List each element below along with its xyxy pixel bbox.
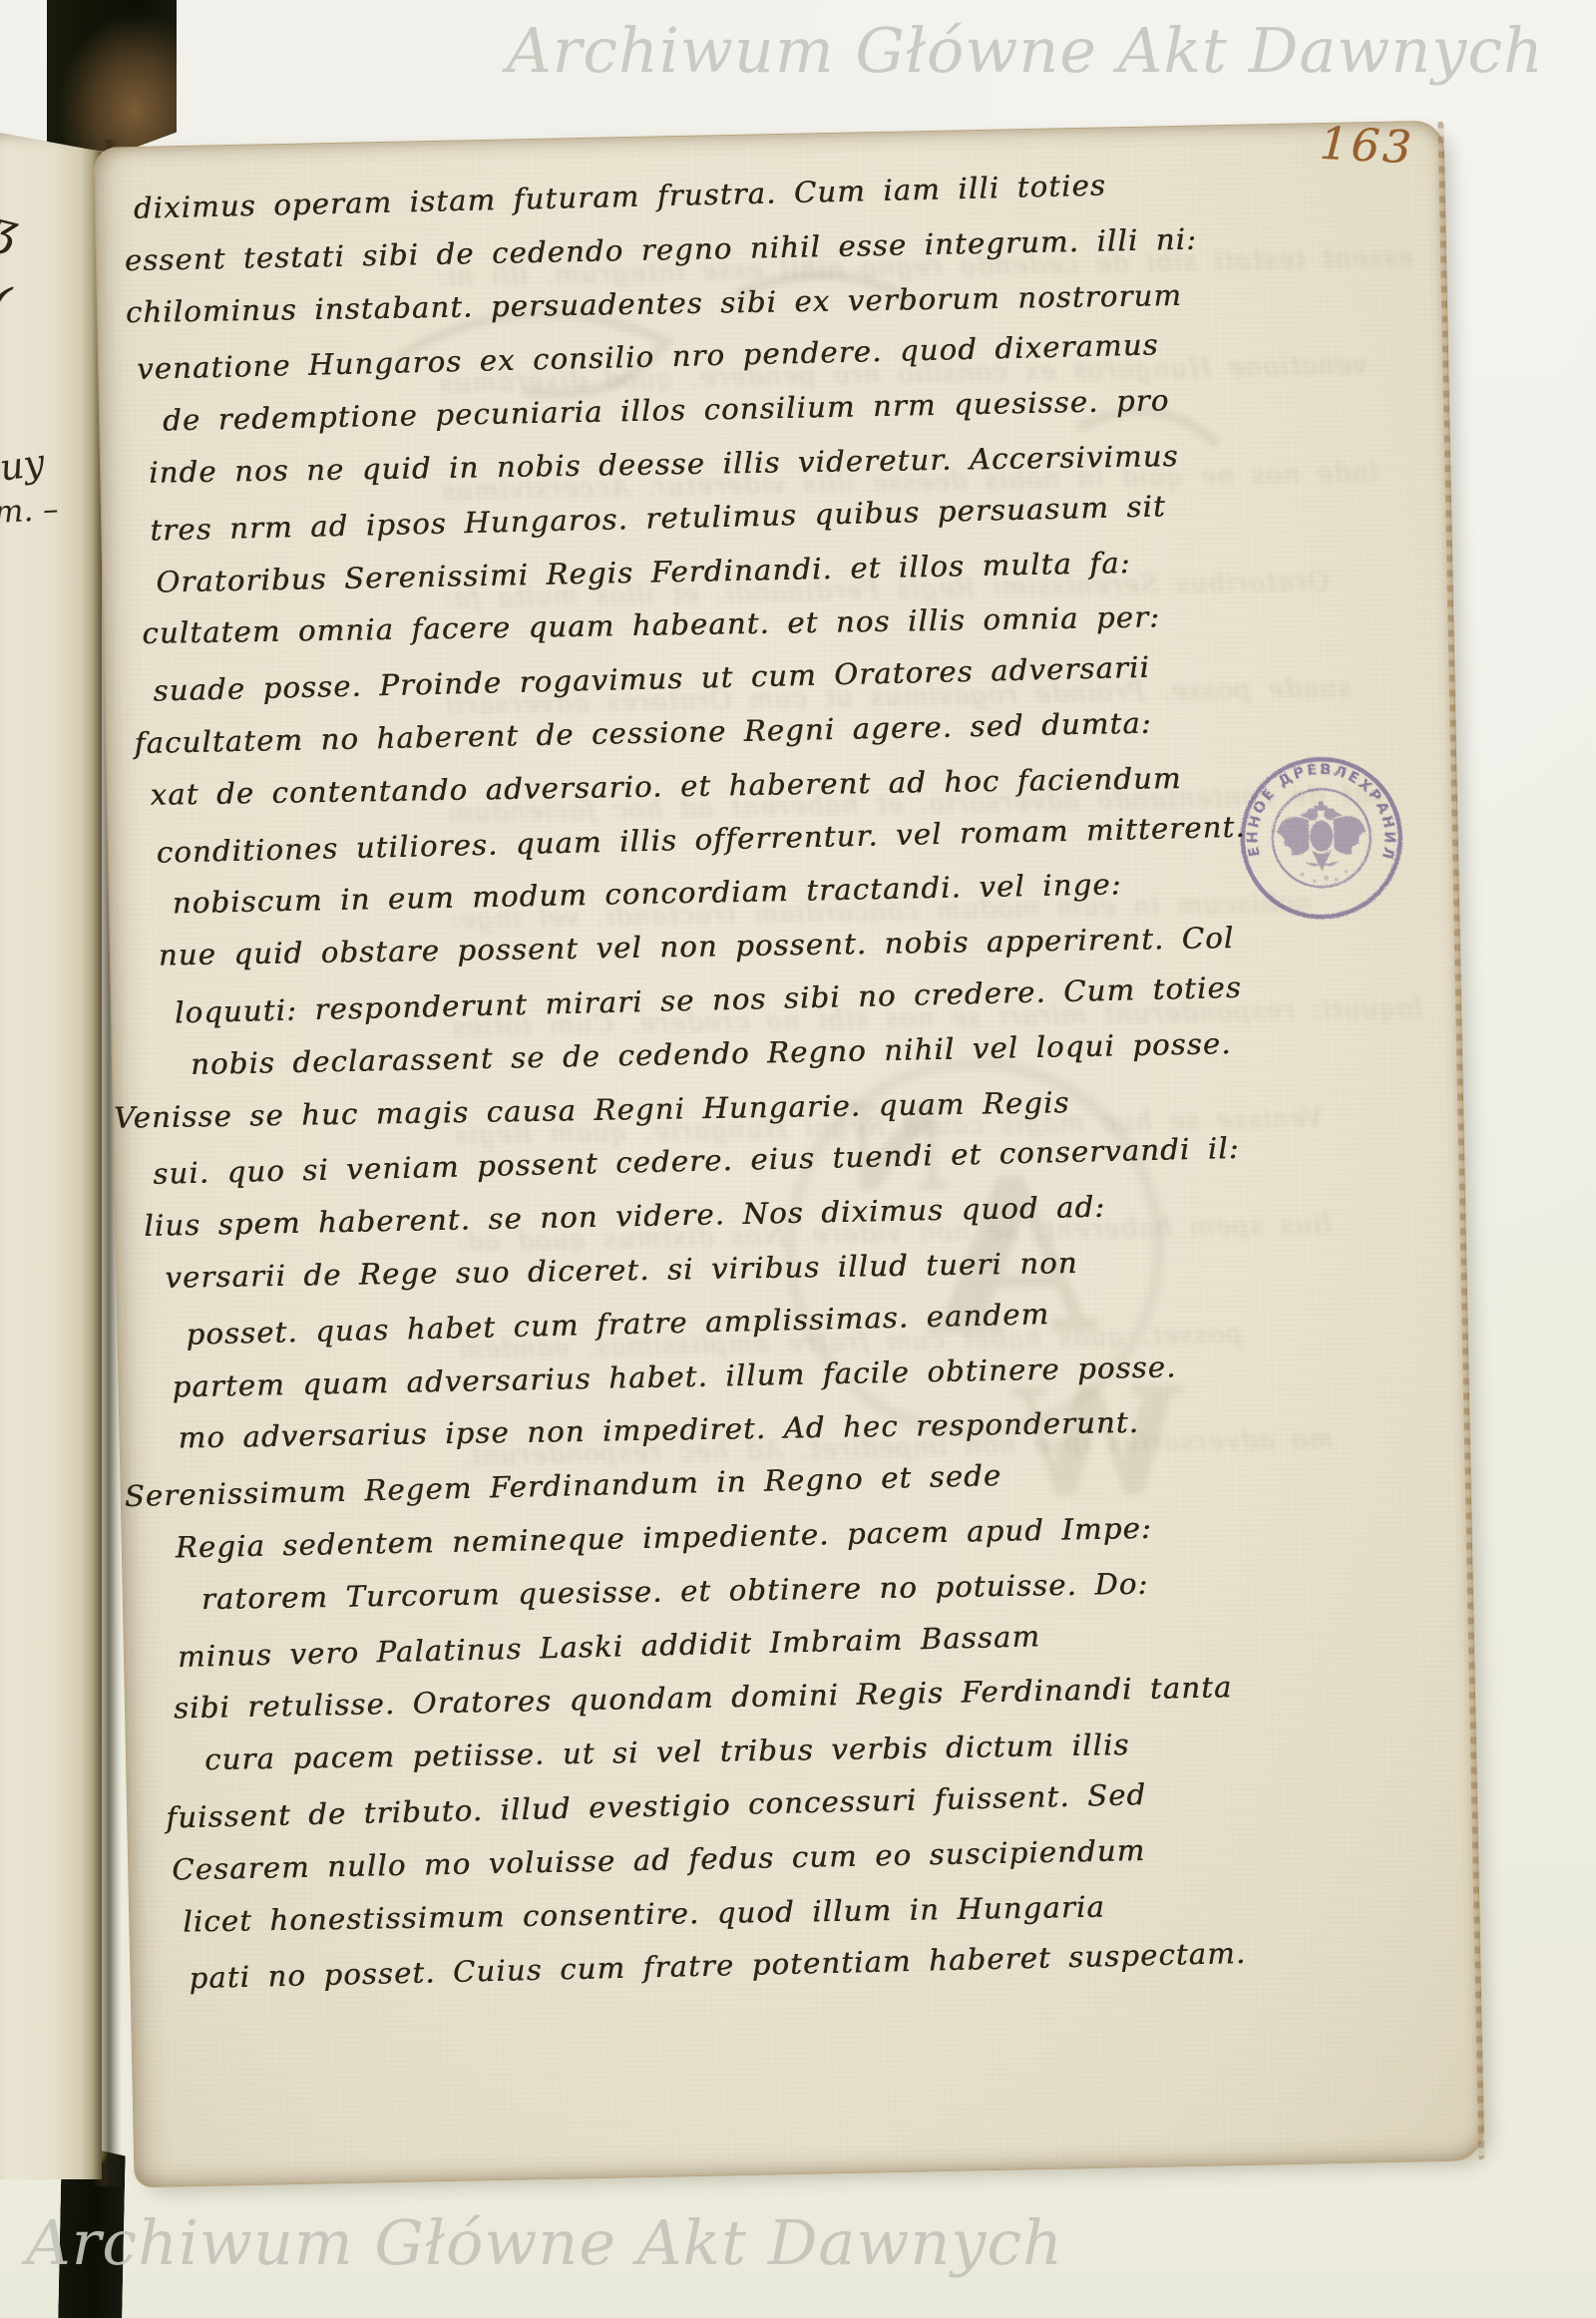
text-line: pati no posset. Cuius cum fratre potenti… xyxy=(189,1936,1247,1995)
archive-stamp: ЕННОЕ ДРЕВЛЕХРАНИЛИЩЕ xyxy=(1230,746,1413,930)
watermark-bottom: Archiwum Główne Akt Dawnych xyxy=(26,2206,1063,2279)
text-line: cultatem omnia facere quam habeant. et n… xyxy=(142,600,1160,651)
manuscript-page: A W N 163 diximus operam istam futuram f… xyxy=(94,121,1485,2188)
facing-page-edge: ʒ ( uy m. – xyxy=(0,133,102,2179)
double-headed-eagle-icon xyxy=(1277,801,1366,871)
text-line: sibi retulisse. Oratores quondam domini … xyxy=(174,1671,1233,1726)
text-line: minus vero Palatinus Laski addidit Imbra… xyxy=(178,1619,1041,1674)
margin-ink-mark: uy xyxy=(0,444,47,487)
text-line: Regia sedentem nemineque impediente. pac… xyxy=(175,1511,1152,1565)
margin-ink-mark: m. – xyxy=(0,495,59,529)
text-line: Cesarem nullo mo voluisse ad fedus cum e… xyxy=(172,1833,1146,1887)
manuscript-scan: ʒ ( uy m. – A W N 163 diximus operam ist… xyxy=(0,0,1596,2318)
text-line: versarii de Rege suo diceret. si viribus… xyxy=(165,1246,1078,1295)
folio-number: 163 xyxy=(1319,117,1415,175)
text-line: fuissent de tributo. illud evestigio con… xyxy=(166,1777,1147,1834)
watermark-top: Archiwum Główne Akt Dawnych xyxy=(507,14,1544,87)
margin-ink-mark: ʒ xyxy=(0,203,23,254)
text-line: nue quid obstare possent vel non possent… xyxy=(159,921,1235,972)
page-deckle-edge xyxy=(1437,122,1484,2160)
text-line: cura pacem petiisse. ut si vel tribus ve… xyxy=(204,1728,1130,1776)
stamp-smudge xyxy=(1300,870,1348,883)
text-line: licet honestissimum consentire. quod ill… xyxy=(183,1889,1105,1938)
manuscript-text-block: diximus operam istam futuram frustra. Cu… xyxy=(95,122,1443,149)
book-closure-strap-top xyxy=(47,0,177,154)
margin-ink-mark: ( xyxy=(0,278,13,345)
text-line: ratorem Turcorum quesisse. et obtinere n… xyxy=(201,1566,1149,1615)
text-line: diximus operam istam futuram frustra. Cu… xyxy=(133,169,1106,225)
